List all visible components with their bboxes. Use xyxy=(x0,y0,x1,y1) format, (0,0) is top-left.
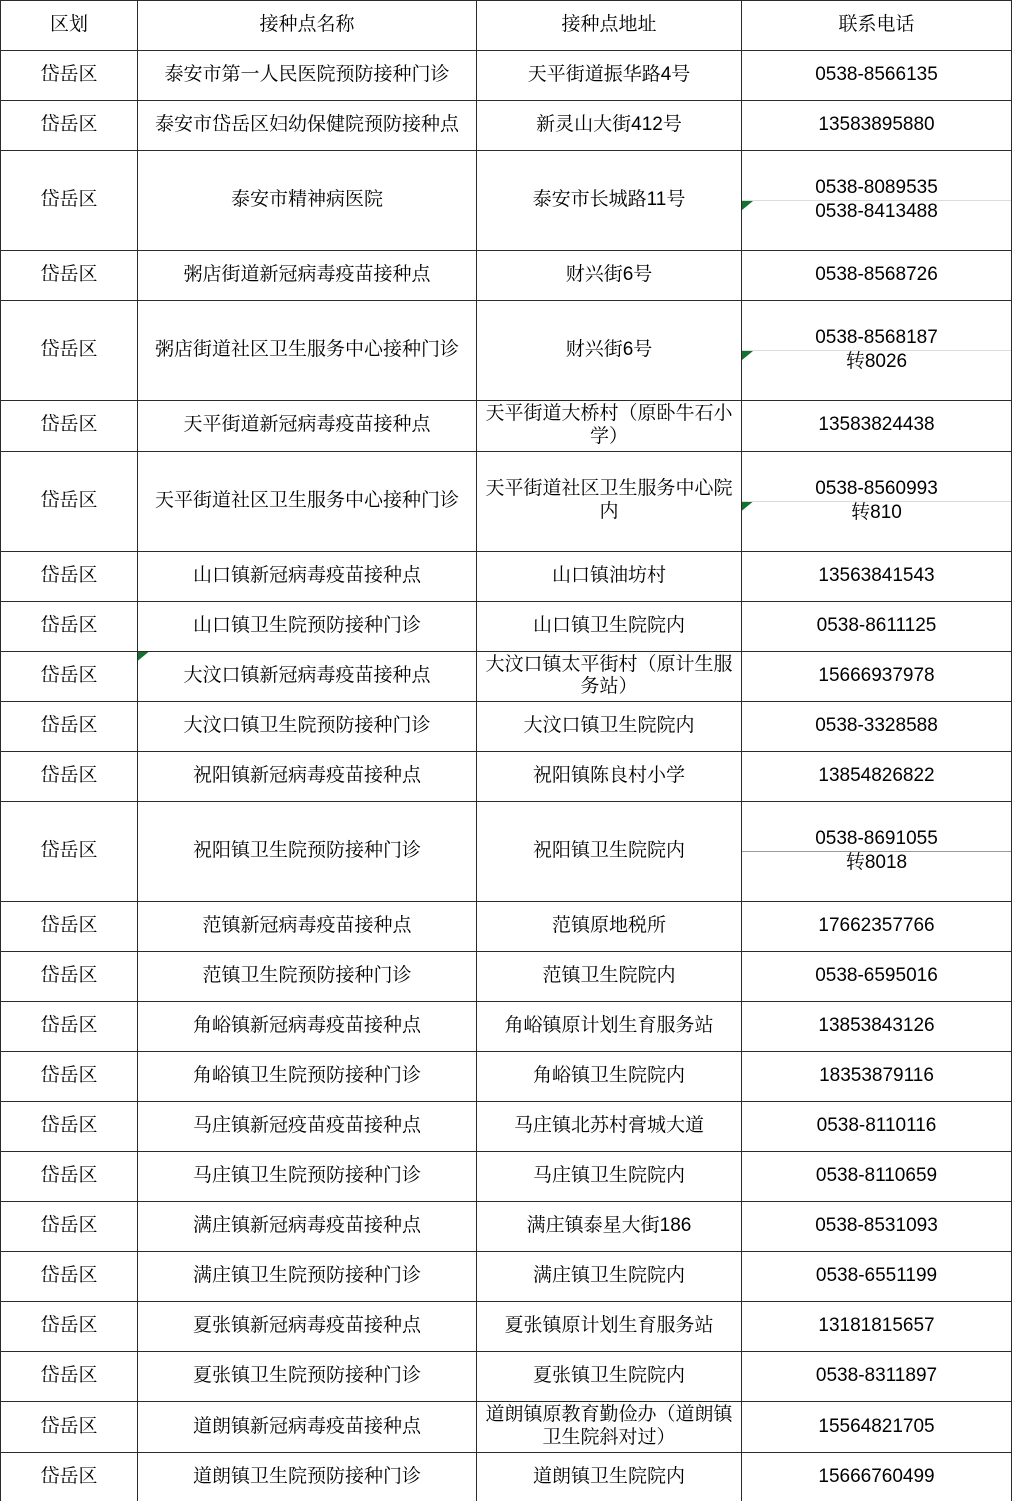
table-row: 岱岳区天平街道新冠病毒疫苗接种点天平街道大桥村（原卧牛石小学）135838244… xyxy=(1,401,1012,452)
site-address-cell: 满庄镇卫生院院内 xyxy=(477,1252,742,1302)
header-district: 区划 xyxy=(1,1,138,51)
site-name-cell: 大汶口镇新冠病毒疫苗接种点 xyxy=(138,651,477,702)
site-name-cell: 粥店街道新冠病毒疫苗接种点 xyxy=(138,251,477,301)
district-cell: 岱岳区 xyxy=(1,601,138,651)
phone-cell: 15666760499 xyxy=(742,1452,1012,1501)
table-row: 岱岳区天平街道社区卫生服务中心接种门诊天平街道社区卫生服务中心院内0538-85… xyxy=(1,451,1012,551)
comment-marker-icon xyxy=(138,652,149,661)
district-cell: 岱岳区 xyxy=(1,952,138,1002)
site-name-cell: 夏张镇卫生院预防接种门诊 xyxy=(138,1352,477,1402)
header-site-address: 接种点地址 xyxy=(477,1,742,51)
table-row: 岱岳区粥店街道新冠病毒疫苗接种点财兴街6号0538-8568726 xyxy=(1,251,1012,301)
district-cell: 岱岳区 xyxy=(1,902,138,952)
site-name-cell: 山口镇新冠病毒疫苗接种点 xyxy=(138,551,477,601)
header-phone: 联系电话 xyxy=(742,1,1012,51)
site-address-cell: 财兴街6号 xyxy=(477,251,742,301)
table-row: 岱岳区山口镇卫生院预防接种门诊山口镇卫生院院内0538-8611125 xyxy=(1,601,1012,651)
phone-cell: 13583895880 xyxy=(742,101,1012,151)
phone-number: 转8018 xyxy=(742,852,1011,875)
district-cell: 岱岳区 xyxy=(1,1402,138,1453)
site-address-cell: 范镇卫生院院内 xyxy=(477,952,742,1002)
district-cell: 岱岳区 xyxy=(1,101,138,151)
table-row: 岱岳区角峪镇新冠病毒疫苗接种点角峪镇原计划生育服务站13853843126 xyxy=(1,1002,1012,1052)
site-name-cell: 马庄镇新冠疫苗疫苗接种点 xyxy=(138,1102,477,1152)
district-cell: 岱岳区 xyxy=(1,451,138,551)
site-address-cell: 角峪镇原计划生育服务站 xyxy=(477,1002,742,1052)
phone-cell: 0538-80895350538-8413488 xyxy=(742,151,1012,251)
district-cell: 岱岳区 xyxy=(1,752,138,802)
phone-cell: 0538-8531093 xyxy=(742,1202,1012,1252)
site-name-cell: 泰安市岱岳区妇幼保健院预防接种点 xyxy=(138,101,477,151)
district-cell: 岱岳区 xyxy=(1,1352,138,1402)
site-name-cell: 天平街道新冠病毒疫苗接种点 xyxy=(138,401,477,452)
phone-number: 0538-8568187 xyxy=(742,327,1011,351)
table-row: 岱岳区范镇卫生院预防接种门诊范镇卫生院院内0538-6595016 xyxy=(1,952,1012,1002)
phone-cell: 17662357766 xyxy=(742,902,1012,952)
district-cell: 岱岳区 xyxy=(1,1152,138,1202)
table-row: 岱岳区夏张镇新冠病毒疫苗接种点夏张镇原计划生育服务站13181815657 xyxy=(1,1302,1012,1352)
header-site-name: 接种点名称 xyxy=(138,1,477,51)
phone-cell: 0538-6551199 xyxy=(742,1252,1012,1302)
table-row: 岱岳区大汶口镇卫生院预防接种门诊大汶口镇卫生院院内0538-3328588 xyxy=(1,702,1012,752)
site-address-cell: 山口镇卫生院院内 xyxy=(477,601,742,651)
site-address-cell: 马庄镇卫生院院内 xyxy=(477,1152,742,1202)
site-address-cell: 天平街道社区卫生服务中心院内 xyxy=(477,451,742,551)
site-name-cell: 范镇新冠病毒疫苗接种点 xyxy=(138,902,477,952)
phone-cell: 0538-8311897 xyxy=(742,1352,1012,1402)
district-cell: 岱岳区 xyxy=(1,1102,138,1152)
table-row: 岱岳区满庄镇卫生院预防接种门诊满庄镇卫生院院内0538-6551199 xyxy=(1,1252,1012,1302)
phone-cell: 0538-8611125 xyxy=(742,601,1012,651)
site-name-cell: 泰安市第一人民医院预防接种门诊 xyxy=(138,51,477,101)
table-row: 岱岳区泰安市第一人民医院预防接种门诊天平街道振华路4号0538-8566135 xyxy=(1,51,1012,101)
phone-cell: 0538-8568726 xyxy=(742,251,1012,301)
district-cell: 岱岳区 xyxy=(1,1302,138,1352)
site-address-cell: 祝阳镇陈良村小学 xyxy=(477,752,742,802)
table-row: 岱岳区马庄镇卫生院预防接种门诊马庄镇卫生院院内0538-8110659 xyxy=(1,1152,1012,1202)
site-address-cell: 范镇原地税所 xyxy=(477,902,742,952)
site-address-cell: 道朗镇原教育勤俭办（道朗镇卫生院斜对过） xyxy=(477,1402,742,1453)
site-name-cell: 天平街道社区卫生服务中心接种门诊 xyxy=(138,451,477,551)
table-row: 岱岳区泰安市岱岳区妇幼保健院预防接种点新灵山大街412号13583895880 xyxy=(1,101,1012,151)
district-cell: 岱岳区 xyxy=(1,802,138,902)
table-row: 岱岳区祝阳镇新冠病毒疫苗接种点祝阳镇陈良村小学13854826822 xyxy=(1,752,1012,802)
district-cell: 岱岳区 xyxy=(1,651,138,702)
table-body: 岱岳区泰安市第一人民医院预防接种门诊天平街道振华路4号0538-8566135岱… xyxy=(1,51,1012,1501)
site-name-cell: 粥店街道社区卫生服务中心接种门诊 xyxy=(138,301,477,401)
phone-cell: 13563841543 xyxy=(742,551,1012,601)
comment-marker-icon xyxy=(742,201,753,210)
table-row: 岱岳区马庄镇新冠疫苗疫苗接种点马庄镇北苏村膏城大道0538-8110116 xyxy=(1,1102,1012,1152)
district-cell: 岱岳区 xyxy=(1,251,138,301)
phone-cell: 15564821705 xyxy=(742,1402,1012,1453)
table-row: 岱岳区满庄镇新冠病毒疫苗接种点满庄镇泰星大街1860538-8531093 xyxy=(1,1202,1012,1252)
phone-cell: 13854826822 xyxy=(742,752,1012,802)
site-address-cell: 祝阳镇卫生院院内 xyxy=(477,802,742,902)
site-name-cell: 祝阳镇新冠病毒疫苗接种点 xyxy=(138,752,477,802)
site-address-cell: 满庄镇泰星大街186 xyxy=(477,1202,742,1252)
table-row: 岱岳区范镇新冠病毒疫苗接种点范镇原地税所17662357766 xyxy=(1,902,1012,952)
site-name-cell: 祝阳镇卫生院预防接种门诊 xyxy=(138,802,477,902)
phone-cell: 0538-8566135 xyxy=(742,51,1012,101)
district-cell: 岱岳区 xyxy=(1,1452,138,1501)
site-address-cell: 泰安市长城路11号 xyxy=(477,151,742,251)
site-address-cell: 道朗镇卫生院院内 xyxy=(477,1452,742,1501)
phone-cell: 0538-3328588 xyxy=(742,702,1012,752)
site-address-cell: 新灵山大街412号 xyxy=(477,101,742,151)
phone-cell: 13853843126 xyxy=(742,1002,1012,1052)
district-cell: 岱岳区 xyxy=(1,151,138,251)
phone-cell: 0538-8568187转8026 xyxy=(742,301,1012,401)
site-address-cell: 山口镇油坊村 xyxy=(477,551,742,601)
district-cell: 岱岳区 xyxy=(1,301,138,401)
table-row: 岱岳区夏张镇卫生院预防接种门诊夏张镇卫生院院内0538-8311897 xyxy=(1,1352,1012,1402)
district-cell: 岱岳区 xyxy=(1,1002,138,1052)
table-row: 岱岳区角峪镇卫生院预防接种门诊角峪镇卫生院院内18353879116 xyxy=(1,1052,1012,1102)
district-cell: 岱岳区 xyxy=(1,551,138,601)
site-address-cell: 大汶口镇卫生院院内 xyxy=(477,702,742,752)
district-cell: 岱岳区 xyxy=(1,401,138,452)
phone-cell: 0538-8560993转810 xyxy=(742,451,1012,551)
district-cell: 岱岳区 xyxy=(1,1202,138,1252)
table-row: 岱岳区道朗镇卫生院预防接种门诊道朗镇卫生院院内15666760499 xyxy=(1,1452,1012,1501)
table-row: 岱岳区泰安市精神病医院泰安市长城路11号0538-80895350538-841… xyxy=(1,151,1012,251)
site-name-cell: 夏张镇新冠病毒疫苗接种点 xyxy=(138,1302,477,1352)
district-cell: 岱岳区 xyxy=(1,51,138,101)
phone-cell: 15666937978 xyxy=(742,651,1012,702)
phone-cell: 18353879116 xyxy=(742,1052,1012,1102)
site-name-cell: 大汶口镇卫生院预防接种门诊 xyxy=(138,702,477,752)
site-name-cell: 满庄镇卫生院预防接种门诊 xyxy=(138,1252,477,1302)
comment-marker-icon xyxy=(742,351,753,360)
phone-number: 0538-8089535 xyxy=(742,177,1011,201)
phone-cell: 13181815657 xyxy=(742,1302,1012,1352)
site-name-cell: 泰安市精神病医院 xyxy=(138,151,477,251)
table-row: 岱岳区祝阳镇卫生院预防接种门诊祝阳镇卫生院院内0538-8691055转8018 xyxy=(1,802,1012,902)
phone-number: 0538-8560993 xyxy=(742,478,1011,502)
phone-cell: 0538-8691055转8018 xyxy=(742,802,1012,902)
site-name-cell: 范镇卫生院预防接种门诊 xyxy=(138,952,477,1002)
site-name-cell: 道朗镇卫生院预防接种门诊 xyxy=(138,1452,477,1501)
district-cell: 岱岳区 xyxy=(1,702,138,752)
comment-marker-icon xyxy=(742,502,753,511)
phone-number: 0538-8691055 xyxy=(742,828,1011,852)
phone-number: 转810 xyxy=(742,502,1011,525)
phone-cell: 13583824438 xyxy=(742,401,1012,452)
site-address-cell: 财兴街6号 xyxy=(477,301,742,401)
district-cell: 岱岳区 xyxy=(1,1052,138,1102)
site-name-cell: 角峪镇新冠病毒疫苗接种点 xyxy=(138,1002,477,1052)
vaccination-sites-table: 区划 接种点名称 接种点地址 联系电话 岱岳区泰安市第一人民医院预防接种门诊天平… xyxy=(0,0,1012,1501)
phone-number: 转8026 xyxy=(742,351,1011,374)
site-address-cell: 天平街道大桥村（原卧牛石小学） xyxy=(477,401,742,452)
site-address-cell: 夏张镇卫生院院内 xyxy=(477,1352,742,1402)
table-row: 岱岳区山口镇新冠病毒疫苗接种点山口镇油坊村13563841543 xyxy=(1,551,1012,601)
site-address-cell: 夏张镇原计划生育服务站 xyxy=(477,1302,742,1352)
site-name-cell: 马庄镇卫生院预防接种门诊 xyxy=(138,1152,477,1202)
phone-cell: 0538-6595016 xyxy=(742,952,1012,1002)
district-cell: 岱岳区 xyxy=(1,1252,138,1302)
site-address-cell: 角峪镇卫生院院内 xyxy=(477,1052,742,1102)
site-address-cell: 天平街道振华路4号 xyxy=(477,51,742,101)
site-address-cell: 大汶口镇太平街村（原计生服务站） xyxy=(477,651,742,702)
site-name-cell: 山口镇卫生院预防接种门诊 xyxy=(138,601,477,651)
site-name-cell: 满庄镇新冠病毒疫苗接种点 xyxy=(138,1202,477,1252)
phone-cell: 0538-8110659 xyxy=(742,1152,1012,1202)
site-name-cell: 角峪镇卫生院预防接种门诊 xyxy=(138,1052,477,1102)
table-header-row: 区划 接种点名称 接种点地址 联系电话 xyxy=(1,1,1012,51)
phone-number: 0538-8413488 xyxy=(742,201,1011,224)
table-row: 岱岳区粥店街道社区卫生服务中心接种门诊财兴街6号0538-8568187转802… xyxy=(1,301,1012,401)
site-address-cell: 马庄镇北苏村膏城大道 xyxy=(477,1102,742,1152)
table-row: 岱岳区大汶口镇新冠病毒疫苗接种点大汶口镇太平街村（原计生服务站）15666937… xyxy=(1,651,1012,702)
table-row: 岱岳区道朗镇新冠病毒疫苗接种点道朗镇原教育勤俭办（道朗镇卫生院斜对过）15564… xyxy=(1,1402,1012,1453)
phone-cell: 0538-8110116 xyxy=(742,1102,1012,1152)
site-name-cell: 道朗镇新冠病毒疫苗接种点 xyxy=(138,1402,477,1453)
